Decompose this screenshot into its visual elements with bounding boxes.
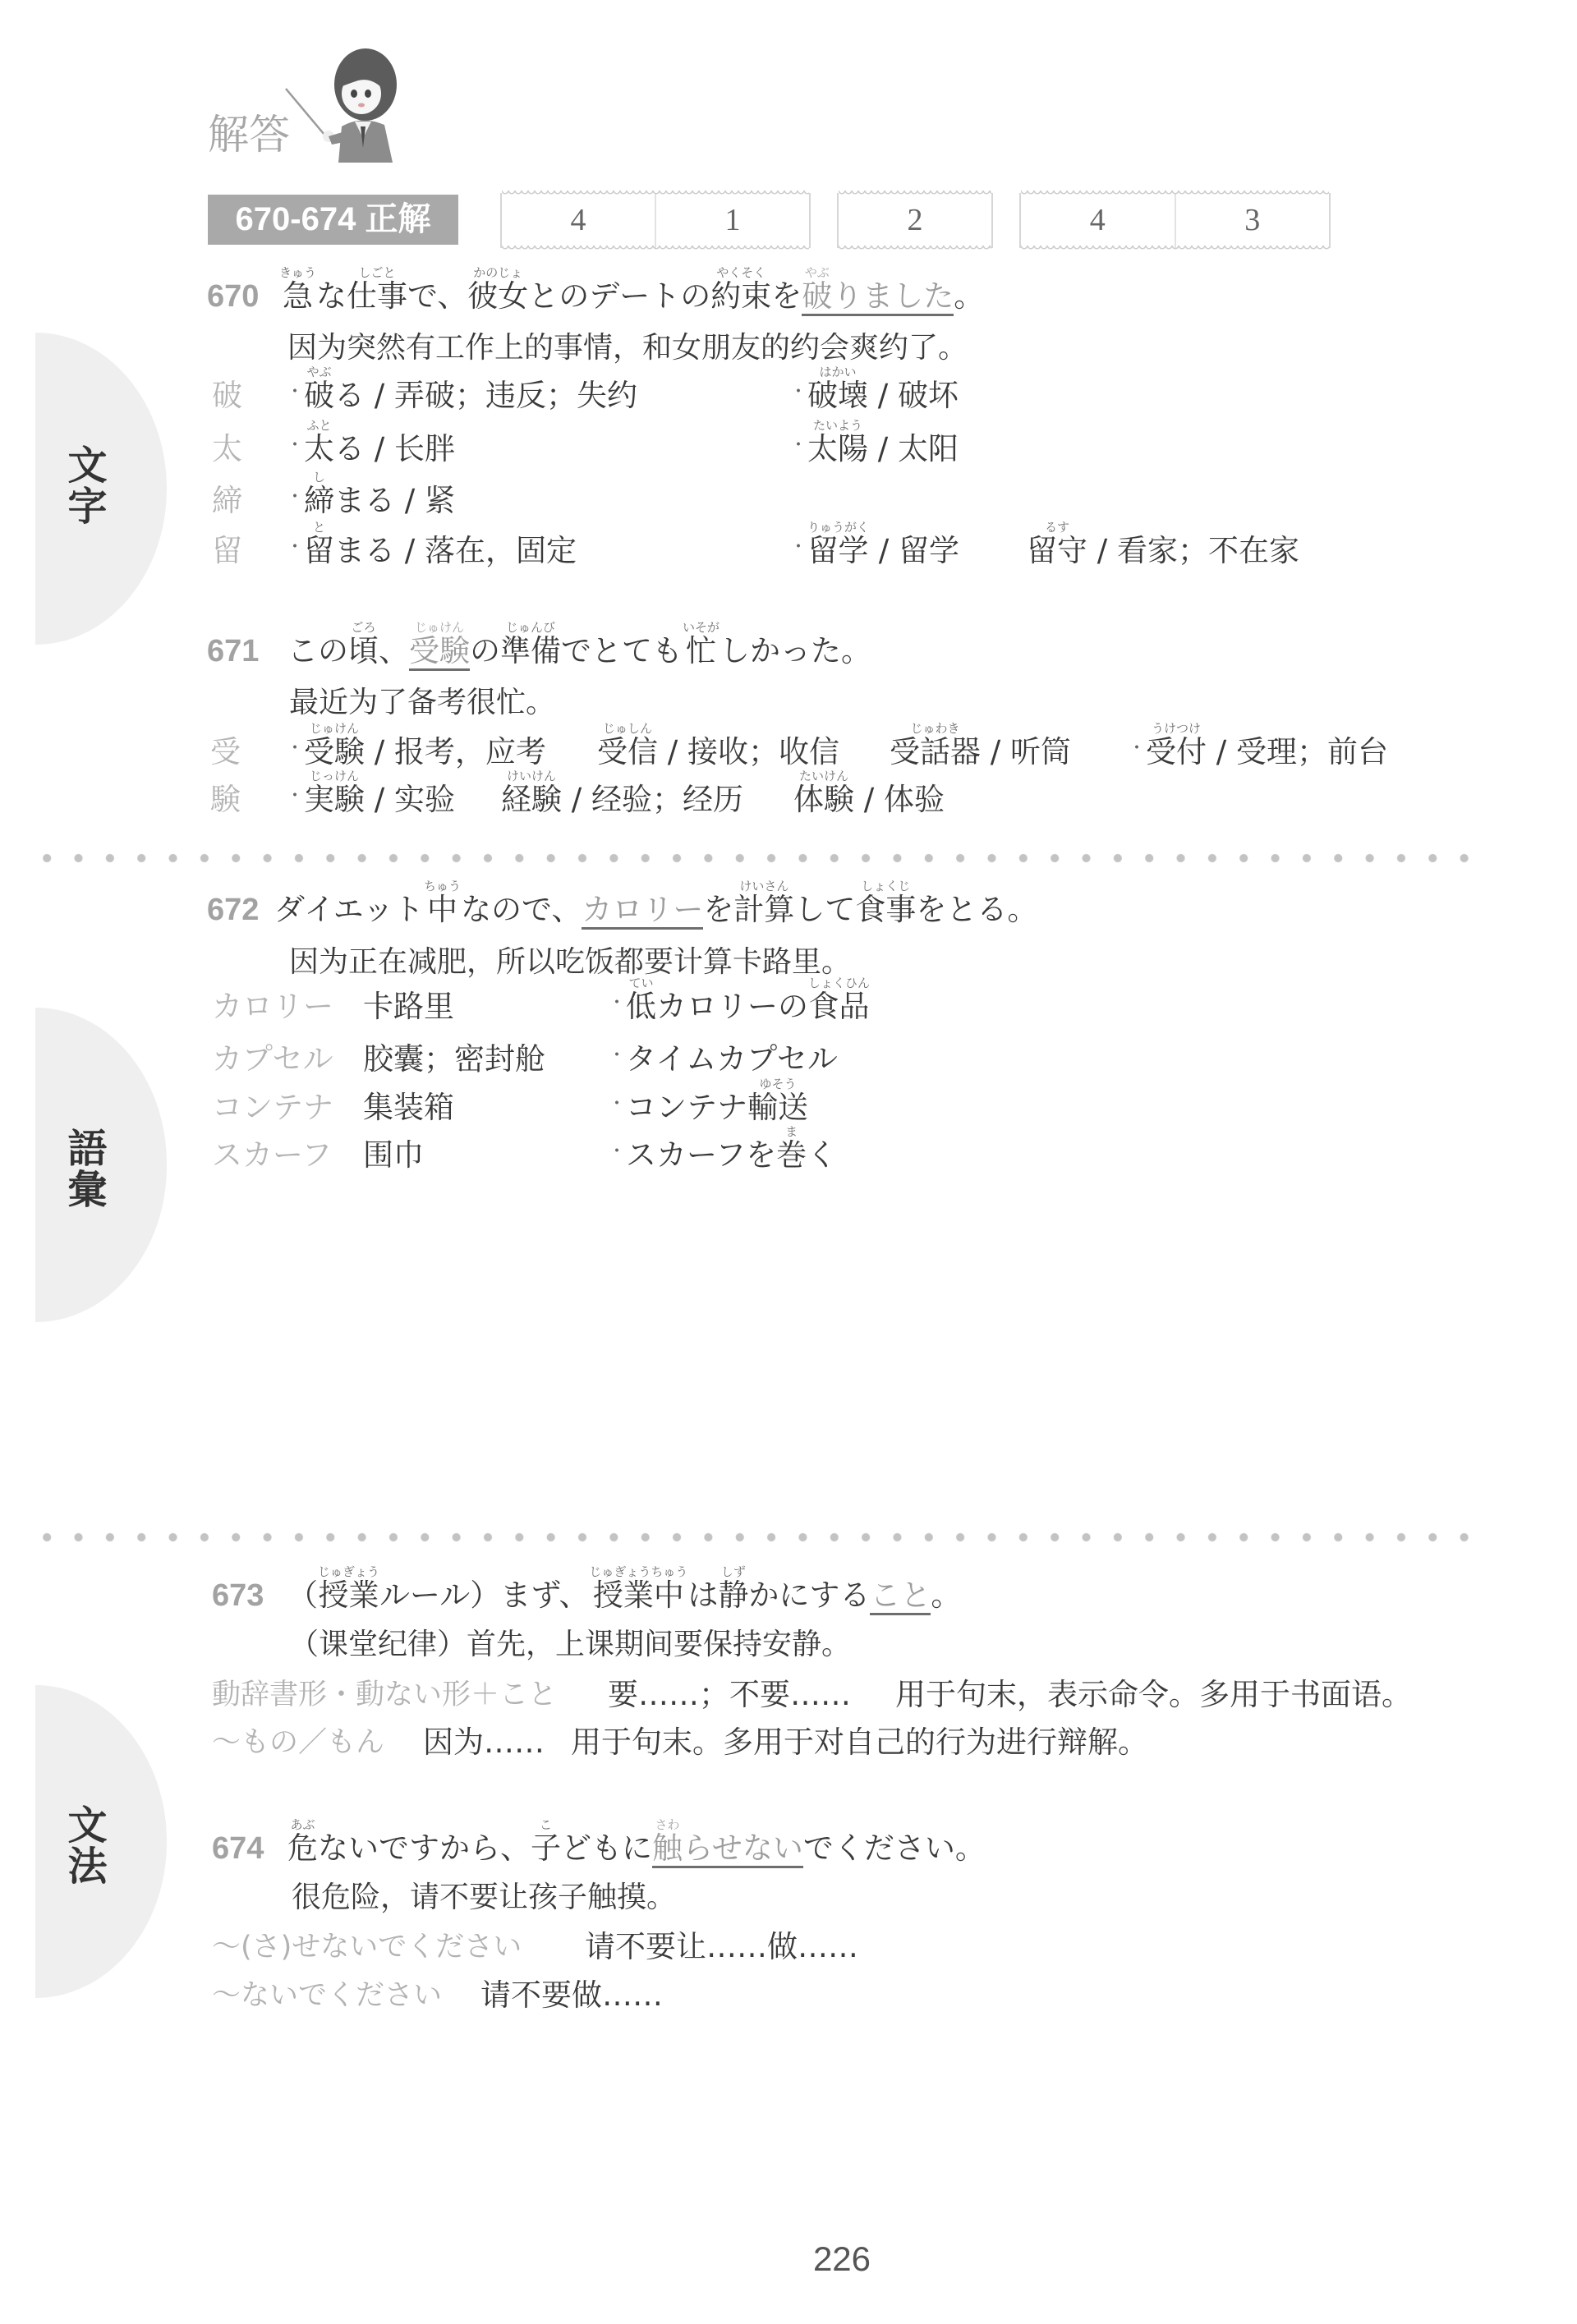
text-run: ダイエット	[274, 892, 424, 927]
note-item: ・りゅうがく留学 / 留学	[789, 533, 959, 569]
answer-674: 3	[1175, 193, 1330, 248]
text-run: らせない	[683, 1830, 803, 1866]
textbook-page: 文字 語彙 文法 解答 670-674 正解 4 1 2 4 3 670 きゅう…	[0, 0, 1577, 2324]
text-run: でください。	[803, 1830, 986, 1866]
text-run: こと	[870, 1578, 931, 1613]
furigana-word: やぶ破	[304, 378, 334, 414]
furigana-word: てい低	[626, 989, 656, 1025]
question-671-sentence: 671 このごろ頃、じゅけん受験のじゅんび準備でとてもいそが忙しかった。	[0, 633, 1577, 669]
vocab-row: カプセル 胶囊；密封舱 ・タイムカプセル	[0, 1041, 1577, 1077]
example-text: コンテナゆそう輸送	[626, 1090, 808, 1125]
furigana-word: りゅうがく留学	[807, 533, 869, 569]
example-text: てい低カロリーのしょくひん食品	[626, 989, 870, 1024]
kanji-label: 留	[212, 533, 242, 569]
example-text: タイムカプセル	[626, 1041, 838, 1077]
furigana-word: いそが忙	[683, 633, 720, 669]
question-673-sentence: 673 （じゅぎょう授業ルール）まず、じゅぎょうちゅう授業中はしず静かにすること…	[0, 1578, 1577, 1614]
text-run: ルール）まず、	[379, 1578, 589, 1613]
furigana-word: しごと仕事	[347, 278, 407, 315]
note-text: と留まる / 落在，固定	[304, 533, 577, 568]
furigana-word: あぶ危	[287, 1830, 318, 1867]
note-text: じゅしん受信 / 接收；收信	[597, 734, 839, 769]
note-item: ・やぶ破る / 弄破；违反；失约	[286, 378, 637, 414]
kanji-label: 受	[210, 734, 241, 770]
text-run: / 报考，应考	[365, 734, 546, 769]
bullet: ・	[789, 384, 807, 402]
text-run: / 太阳	[868, 431, 959, 466]
question-number: 672	[207, 892, 259, 928]
vocab-example: ・タイムカプセル	[608, 1041, 838, 1077]
text-run: / 受理；前台	[1207, 734, 1388, 769]
furigana-word: しょくひん食品	[808, 989, 870, 1025]
text-run: の	[470, 633, 500, 668]
question-number: 673	[212, 1578, 264, 1614]
vocab-meaning: 卡路里	[363, 989, 454, 1025]
kanji-label: 破	[212, 378, 242, 414]
text-run: / 听筒	[981, 734, 1071, 769]
question-sentence: （じゅぎょう授業ルール）まず、じゅぎょうちゅう授業中はしず静かにすること。	[287, 1578, 961, 1614]
furigana-word: はかい破壊	[807, 378, 868, 414]
note-item: ・たいよう太陽 / 太阳	[789, 431, 959, 467]
vocab-word: スカーフ	[212, 1137, 332, 1173]
question-sentence: あぶ危ないですから、こ子どもにさわ触らせないでください。	[287, 1830, 986, 1867]
bullet: ・	[608, 1143, 626, 1161]
bullet: ・	[789, 539, 807, 557]
question-sentence: ダイエットちゅう中なので、カロリーをけいさん計算してしょくじ食事をとる。	[274, 892, 1037, 928]
vocab-meaning: 围巾	[363, 1137, 424, 1173]
kanji-label: 験	[210, 782, 241, 818]
text-run: まる / 紧	[334, 483, 455, 518]
bullet: ・	[789, 437, 807, 455]
vocab-meaning: 集装箱	[363, 1090, 454, 1126]
text-run: スカーフを	[626, 1137, 776, 1173]
vocab-word: コンテナ	[212, 1090, 333, 1126]
grammar-meaning: 要……；不要……	[608, 1677, 851, 1713]
translation-text: （课堂纪律）首先，上课期间要保持安静。	[289, 1627, 851, 1663]
question-number: 671	[207, 633, 259, 669]
text-run: カロリー	[582, 892, 703, 927]
note-item: けいけん経験 / 经验；经历	[501, 782, 743, 818]
furigana-word: けいけん経験	[501, 782, 562, 818]
answer-672: 2	[839, 193, 991, 248]
question-sentence: このごろ頃、じゅけん受験のじゅんび準備でとてもいそが忙しかった。	[287, 633, 871, 669]
note-text: ふと太る / 长胖	[304, 431, 455, 466]
note-item: じゅしん受信 / 接收；收信	[597, 734, 839, 770]
kanji-note-row: 受 ・じゅけん受験 / 报考，应考 じゅしん受信 / 接收；收信 じゅわき受話器…	[0, 734, 1577, 770]
answer-group-moji: 4 1	[500, 193, 811, 248]
text-run: かにする	[748, 1578, 870, 1613]
grammar-pattern: ～ないでください	[212, 1977, 442, 2014]
note-text: じゅわき受話器 / 听筒	[890, 734, 1071, 769]
grammar-usage: 用于句末，表示命令。多用于书面语。	[895, 1677, 1412, 1713]
note-text: けいけん経験 / 经验；经历	[501, 782, 743, 817]
furigana-word: かのじょ彼女	[467, 278, 528, 315]
bullet: ・	[1128, 740, 1146, 758]
underlined-answer: やぶ破りました	[802, 278, 954, 316]
question-sentence: きゅう急なしごと仕事で、かのじょ彼女とのデートのやくそく約束をやぶ破りました。	[279, 278, 984, 315]
note-item: るす留守 / 看家；不在家	[1027, 533, 1299, 569]
furigana-word: たいけん体験	[793, 782, 854, 818]
text-run: （	[287, 1578, 318, 1613]
text-run: ないですから、	[318, 1830, 531, 1866]
grammar-meaning: 请不要做……	[480, 1977, 663, 2014]
translation-text: 很危险，请不要让孩子触摸。	[292, 1880, 676, 1916]
note-item: じゅわき受話器 / 听筒	[890, 734, 1071, 770]
note-item: ・じっけん実験 / 实验	[286, 782, 455, 818]
question-674-sentence: 674 あぶ危ないですから、こ子どもにさわ触らせないでください。	[0, 1830, 1577, 1867]
note-item: ・し締まる / 紧	[286, 483, 455, 519]
bullet: ・	[286, 437, 304, 455]
translation-text: 因为突然有工作上的事情，和女朋友的约会爽约了。	[287, 330, 968, 366]
note-item: ・と留まる / 落在，固定	[286, 533, 577, 569]
underlined-answer: じゅけん受験	[409, 633, 470, 671]
vocab-row: カロリー 卡路里 ・てい低カロリーのしょくひん食品	[0, 989, 1577, 1025]
question-673-translation: （课堂纪律）首先，上课期间要保持安静。	[0, 1627, 1577, 1663]
note-text: はかい破壊 / 破坏	[807, 378, 959, 413]
furigana-word: ちゅう中	[424, 892, 461, 928]
underlined-answer: こと	[870, 1578, 931, 1615]
question-670-translation: 因为突然有工作上的事情，和女朋友的约会爽约了。	[0, 330, 1577, 366]
grammar-pattern: ～(さ)せないでください	[212, 1929, 522, 1965]
text-run: でとても	[561, 633, 683, 668]
furigana-word: じゅわき受話器	[890, 734, 981, 770]
text-run: / 留学	[869, 533, 959, 568]
bullet: ・	[286, 489, 304, 507]
answer-673: 4	[1021, 193, 1175, 248]
example-text: スカーフをま巻く	[626, 1137, 837, 1173]
text-run: しかった。	[720, 633, 871, 668]
grammar-usage: 用于句末。多用于对自己的行为进行辩解。	[571, 1725, 1148, 1761]
vocab-row: コンテナ 集装箱 ・コンテナゆそう輸送	[0, 1090, 1577, 1126]
text-run: は	[687, 1578, 718, 1613]
text-run: この	[287, 633, 348, 668]
note-text: たいけん体験 / 体验	[793, 782, 945, 817]
note-text: るす留守 / 看家；不在家	[1027, 533, 1299, 568]
text-run: る / 长胖	[334, 431, 455, 466]
vocab-row: スカーフ 围巾 ・スカーフをま巻く	[0, 1137, 1577, 1173]
question-672-sentence: 672 ダイエットちゅう中なので、カロリーをけいさん計算してしょくじ食事をとる。	[0, 892, 1577, 928]
translation-text: 最近为了备考很忙。	[289, 685, 555, 721]
grammar-row: 動辞書形・動ない形＋こと 要……；不要…… 用于句末，表示命令。多用于书面语。	[0, 1677, 1577, 1713]
kanji-note-row: 締 ・し締まる / 紧	[0, 483, 1577, 519]
text-run: どもに	[561, 1830, 652, 1866]
vocab-word: カプセル	[212, 1041, 333, 1077]
translation-text: 因为正在减肥，所以吃饭都要计算卡路里。	[289, 944, 851, 981]
page-number: 226	[801, 2239, 883, 2280]
furigana-word: しず静	[718, 1578, 748, 1614]
text-run: をとる。	[916, 892, 1037, 927]
text-run: まる / 落在，固定	[334, 533, 577, 568]
furigana-word: しょくじ食事	[855, 892, 916, 928]
text-run: コンテナ	[626, 1090, 747, 1125]
note-text: じゅけん受験 / 报考，应考	[304, 734, 546, 769]
vocab-example: ・てい低カロリーのしょくひん食品	[608, 989, 870, 1025]
bullet: ・	[286, 740, 304, 758]
furigana-word: こ子	[531, 1830, 561, 1867]
furigana-word: るす留守	[1027, 533, 1087, 569]
furigana-word: じゅぎょう授業	[318, 1578, 379, 1614]
note-text: たいよう太陽 / 太阳	[807, 431, 959, 466]
answer-671: 1	[655, 193, 809, 248]
furigana-word: じゅぎょうちゅう授業中	[589, 1578, 687, 1614]
furigana-word: やぶ破	[802, 278, 832, 315]
question-674-translation: 很危险，请不要让孩子触摸。	[0, 1880, 1577, 1916]
vocab-meaning: 胶囊；密封舱	[363, 1041, 545, 1077]
text-run: なので、	[461, 892, 582, 927]
furigana-word: じっけん実験	[304, 782, 365, 818]
question-672-translation: 因为正在减肥，所以吃饭都要计算卡路里。	[0, 944, 1577, 981]
furigana-word: ま巻	[776, 1137, 807, 1173]
bullet: ・	[608, 1095, 626, 1114]
furigana-word: じゅけん受験	[304, 734, 365, 770]
question-number: 674	[212, 1830, 264, 1867]
note-text: し締まる / 紧	[304, 483, 455, 518]
kanji-note-row: 留 ・と留まる / 落在，固定 ・りゅうがく留学 / 留学 るす留守 / 看家；…	[0, 533, 1577, 569]
text-run: して	[794, 892, 855, 927]
vocab-example: ・スカーフをま巻く	[608, 1137, 837, 1173]
kanji-note-row: 験 ・じっけん実験 / 实验 けいけん経験 / 经验；经历 たいけん体験 / 体…	[0, 782, 1577, 818]
question-670-sentence: 670 きゅう急なしごと仕事で、かのじょ彼女とのデートのやくそく約束をやぶ破りま…	[0, 278, 1577, 315]
bullet: ・	[286, 384, 304, 402]
text-run: く	[807, 1137, 837, 1173]
text-run: / 经验；经历	[562, 782, 743, 817]
furigana-word: ふと太	[304, 431, 334, 467]
text-run: 、	[379, 633, 409, 668]
note-text: じっけん実験 / 实验	[304, 782, 455, 817]
kanji-label: 太	[212, 431, 242, 467]
grammar-meaning: 因为……	[423, 1725, 545, 1761]
answer-670: 4	[502, 193, 655, 248]
text-run: / 体验	[854, 782, 945, 817]
kanji-label: 締	[212, 483, 242, 519]
underlined-answer: さわ触らせない	[652, 1830, 803, 1868]
note-text: りゅうがく留学 / 留学	[807, 533, 959, 568]
kanji-note-row: 太 ・ふと太る / 长胖 ・たいよう太陽 / 太阳	[0, 431, 1577, 467]
note-text: うけつけ受付 / 受理；前台	[1146, 734, 1388, 769]
question-number: 670	[207, 278, 259, 315]
furigana-word: ゆそう輸送	[747, 1090, 808, 1126]
teacher-girl-icon	[279, 39, 402, 163]
furigana-word: きゅう急	[279, 278, 316, 315]
note-item: ・ふと太る / 长胖	[286, 431, 455, 467]
grammar-pattern: 動辞書形・動ない形＋こと	[212, 1677, 557, 1713]
note-item: ・うけつけ受付 / 受理；前台	[1128, 734, 1388, 770]
text-run: 。	[931, 1578, 961, 1613]
text-run: / 实验	[365, 782, 455, 817]
text-run: / 接收；收信	[658, 734, 839, 769]
note-item: たいけん体験 / 体验	[793, 782, 945, 818]
furigana-word: ごろ頃	[348, 633, 379, 669]
text-run: タイムカプセル	[626, 1041, 838, 1077]
grammar-pattern: ～もの／もん	[212, 1725, 384, 1761]
vocab-word: カロリー	[212, 989, 333, 1025]
text-run: を	[771, 278, 802, 314]
bullet: ・	[608, 994, 626, 1013]
furigana-word: と留	[304, 533, 334, 569]
bullet: ・	[608, 1047, 626, 1065]
text-run: で、	[407, 278, 467, 314]
section-divider	[31, 853, 1480, 863]
section-divider	[31, 1532, 1480, 1542]
text-run: りました	[832, 278, 954, 314]
furigana-word: し締	[304, 483, 334, 519]
underlined-answer: カロリー	[582, 892, 703, 930]
note-item: ・はかい破壊 / 破坏	[789, 378, 959, 414]
vocab-example: ・コンテナゆそう輸送	[608, 1090, 808, 1126]
furigana-word: けいさん計算	[733, 892, 794, 928]
furigana-word: じゅけん受験	[409, 633, 470, 669]
text-run: な	[316, 278, 347, 314]
text-run: / 破坏	[868, 378, 959, 413]
text-run: る / 弄破；违反；失约	[334, 378, 637, 413]
answer-key-label: 670-674 正解	[208, 195, 458, 245]
answer-group-bunpo: 4 3	[1019, 193, 1331, 248]
furigana-word: さわ触	[652, 1830, 683, 1867]
grammar-row: ～ないでください 请不要做……	[0, 1977, 1577, 2014]
bullet: ・	[286, 788, 304, 806]
grammar-row: ～(さ)せないでください 请不要让……做……	[0, 1929, 1577, 1965]
grammar-meaning: 请不要让……做……	[585, 1929, 858, 1965]
text-run: / 看家；不在家	[1087, 533, 1299, 568]
furigana-word: やくそく約束	[710, 278, 771, 315]
note-item: ・じゅけん受験 / 报考，应考	[286, 734, 546, 770]
furigana-word: たいよう太陽	[807, 431, 868, 467]
kanji-note-row: 破 ・やぶ破る / 弄破；违反；失约 ・はかい破壊 / 破坏	[0, 378, 1577, 414]
grammar-row: ～もの／もん 因为…… 用于句末。多用于对自己的行为进行辩解。	[0, 1725, 1577, 1761]
page-title: 解答	[208, 110, 290, 159]
note-text: やぶ破る / 弄破；违反；失约	[304, 378, 637, 413]
text-run: カロリーの	[656, 989, 808, 1024]
text-run: とのデートの	[528, 278, 710, 314]
answer-group-goi: 2	[837, 193, 993, 248]
text-run: 。	[954, 278, 984, 314]
text-run: を	[703, 892, 733, 927]
furigana-word: じゅんび準備	[500, 633, 561, 669]
furigana-word: うけつけ受付	[1146, 734, 1207, 770]
furigana-word: じゅしん受信	[597, 734, 658, 770]
bullet: ・	[286, 539, 304, 557]
question-671-translation: 最近为了备考很忙。	[0, 685, 1577, 721]
